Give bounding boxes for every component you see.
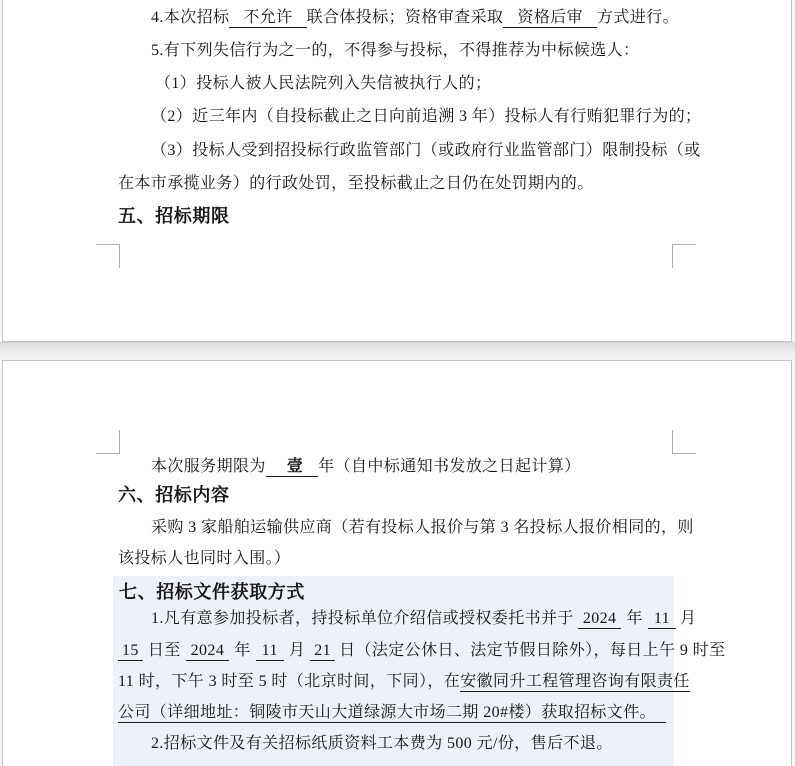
text-run: 本次服务期限为	[151, 458, 266, 475]
crop-mark-top-left-icon	[96, 430, 120, 454]
text-run: 年（自中标通知书发放之日起计算）	[318, 458, 580, 475]
text-run: 月	[680, 610, 696, 627]
text-run: 年	[626, 610, 642, 627]
crop-mark-bottom-left-icon	[96, 244, 120, 268]
underlined-date: 11	[256, 642, 284, 661]
doc-line: 15日至2024年11月21日（法定公休日、法定节假日除外），每日上午 9 时至	[118, 641, 725, 660]
text-run: 月	[289, 642, 305, 659]
doc-line: 4.本次招标不允许联合体投标；资格审查采取资格后审方式进行。	[151, 8, 679, 27]
underlined-date: 2024	[578, 610, 622, 629]
filled-blank: 不允许	[229, 9, 306, 28]
section-heading-6: 六、招标内容	[118, 484, 230, 506]
page-2: 本次服务期限为壹年（自中标通知书发放之日起计算） 六、招标内容 采购 3 家船舶…	[2, 360, 792, 766]
doc-line: 5.有下列失信行为之一的，不得参与投标，不得推荐为中标候选人：	[151, 41, 639, 60]
doc-line: 采购 3 家船舶运输供应商（若有投标人报价与第 3 名投标人报价相同的，则	[151, 518, 694, 537]
text-run: 11 时，下午 3 时至 5 时（北京时间，下同），在	[118, 673, 460, 690]
underlined-date: 15	[118, 642, 143, 661]
underlined-company-name: 安徽同升工程管理咨询有限责任	[460, 673, 690, 692]
doc-line: 本次服务期限为壹年（自中标通知书发放之日起计算）	[151, 457, 581, 476]
crop-mark-top-right-icon	[672, 430, 696, 454]
underlined-date: 11	[648, 610, 676, 629]
text-run: 联合体投标；资格审查采取	[307, 9, 504, 26]
section-heading-7: 七、招标文件获取方式	[119, 581, 305, 603]
page-1: 4.本次招标不允许联合体投标；资格审查采取资格后审方式进行。 5.有下列失信行为…	[2, 0, 792, 342]
filled-blank: 壹	[266, 458, 318, 477]
filled-blank: 资格后审	[503, 9, 597, 28]
text-run: 年	[234, 642, 250, 659]
underlined-date: 21	[310, 642, 335, 661]
doc-line: 在本市承揽业务）的行政处罚，至投标截止之日仍在处罚期内的。	[118, 174, 594, 193]
text-run: 日（法定公休日、法定节假日除外），每日上午 9 时至	[339, 642, 725, 659]
document-viewport: 4.本次招标不允许联合体投标；资格审查采取资格后审方式进行。 5.有下列失信行为…	[0, 0, 795, 766]
page-gap	[0, 342, 795, 360]
text-run: 方式进行。	[597, 9, 679, 26]
section-heading-5: 五、招标期限	[118, 205, 230, 227]
crop-mark-bottom-right-icon	[672, 244, 696, 268]
doc-line: （2）近三年内（自投标截止之日向前追溯 3 年）投标人有行贿犯罪行为的；	[151, 107, 701, 126]
doc-line: （3）投标人受到招投标行政监管部门（或政府行业监管部门）限制投标（或	[151, 141, 701, 160]
doc-line: 2.招标文件及有关招标纸质资料工本费为 500 元/份，售后不退。	[151, 734, 613, 753]
doc-line: 公司（详细地址：铜陵市天山大道绿源大市场二期 20#楼）获取招标文件。	[118, 703, 666, 722]
text-run: 日至	[148, 642, 181, 659]
underlined-address: 公司（详细地址：铜陵市天山大道绿源大市场二期 20#楼）获取招标文件。	[118, 704, 666, 723]
text-run: 4.本次招标	[151, 9, 229, 26]
doc-line: 该投标人也同时入围。）	[118, 549, 290, 568]
doc-line: 1.凡有意参加投标者，持投标单位介绍信或授权委托书并于2024年11月	[151, 609, 696, 628]
text-run: 1.凡有意参加投标者，持投标单位介绍信或授权委托书并于	[151, 610, 574, 627]
doc-line: （1）投标人被人民法院列入失信被执行人的；	[155, 74, 491, 93]
underlined-date: 2024	[186, 642, 230, 661]
doc-line: 11 时，下午 3 时至 5 时（北京时间，下同），在安徽同升工程管理咨询有限责…	[118, 672, 690, 691]
